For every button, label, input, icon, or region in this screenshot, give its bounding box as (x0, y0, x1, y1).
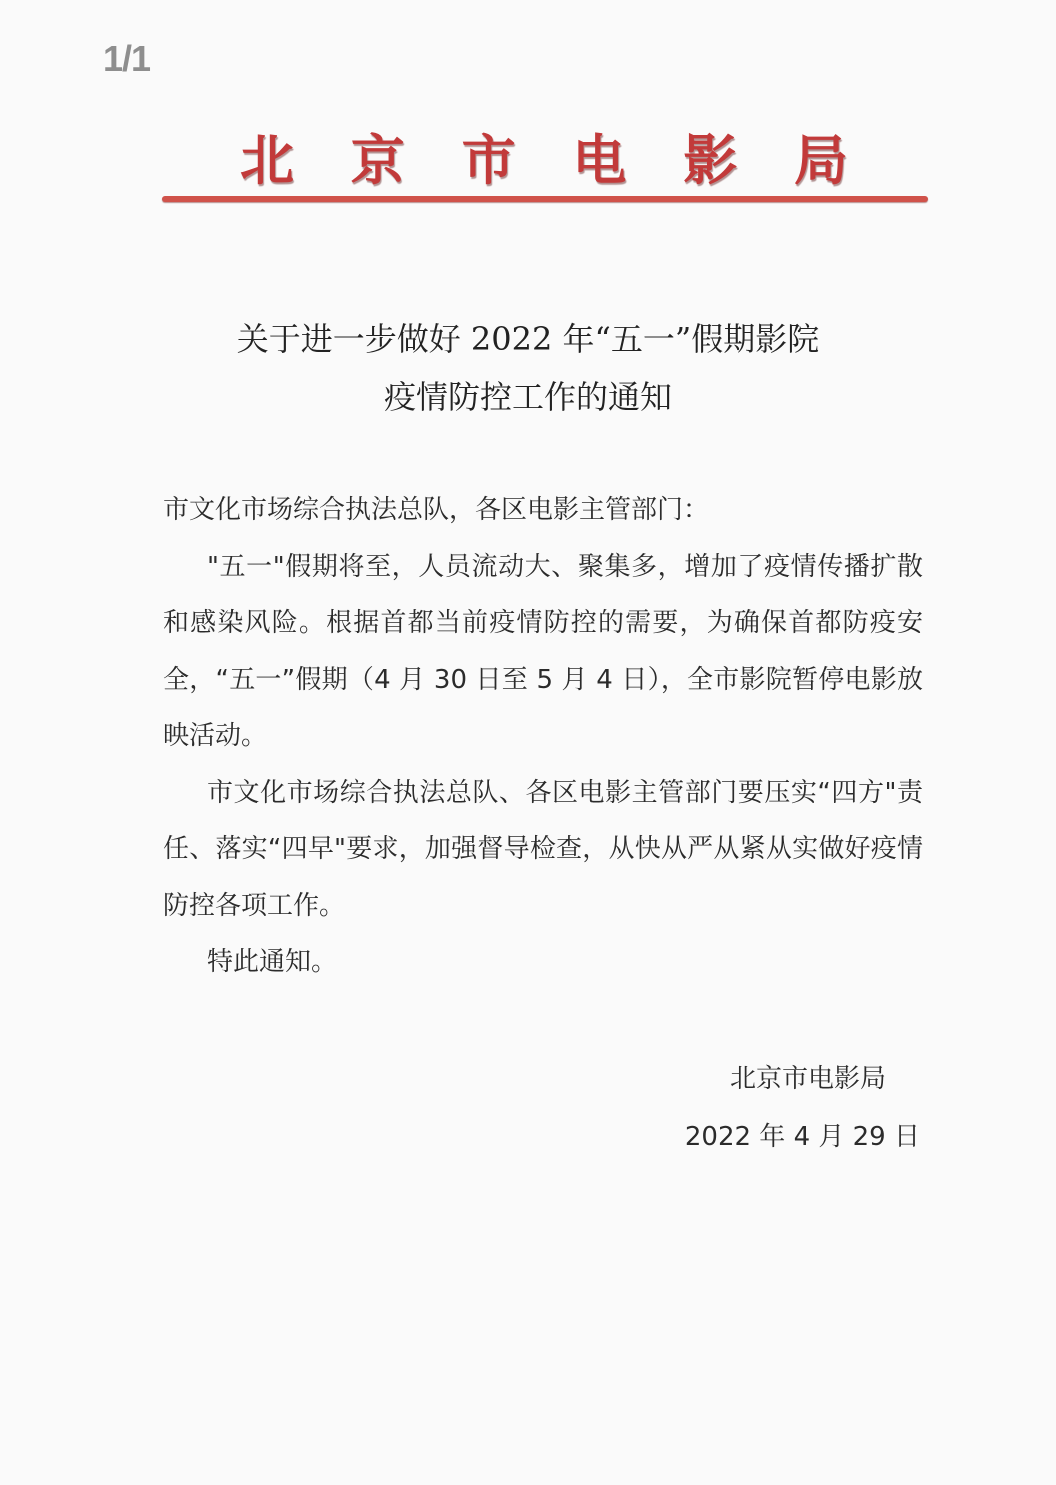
paragraph: 市文化市场综合执法总队、各区电影主管部门要压实“四方"责任、落实“四早"要求，加… (163, 765, 923, 935)
letterhead-char: 影 (683, 130, 737, 190)
document-body: 市文化市场综合执法总队，各区电影主管部门： "五一"假期将至，人员流动大、聚集多… (163, 482, 923, 991)
document-title-line-1: 关于进一步做好 2022 年“五一”假期影院 (0, 310, 1056, 368)
letterhead-red-rule (162, 196, 928, 202)
letterhead-char: 局 (794, 130, 848, 190)
letterhead-char: 北 (240, 130, 294, 190)
letterhead: 北 京 市 电 影 局 (160, 122, 928, 192)
document-title: 关于进一步做好 2022 年“五一”假期影院 疫情防控工作的通知 (0, 310, 1056, 426)
letterhead-char: 市 (462, 130, 516, 190)
page-counter: 1/1 (103, 38, 150, 80)
signature-date: 2022 年 4 月 29 日 (660, 1108, 920, 1166)
letterhead-char: 电 (572, 130, 626, 190)
salutation: 市文化市场综合执法总队，各区电影主管部门： (163, 482, 923, 539)
document-title-line-2: 疫情防控工作的通知 (0, 368, 1056, 426)
letterhead-title: 北 京 市 电 影 局 (160, 130, 928, 190)
letterhead-char: 京 (351, 130, 405, 190)
paragraph: "五一"假期将至，人员流动大、聚集多，增加了疫情传播扩散和感染风险。根据首都当前… (163, 539, 923, 765)
signature-block: 北京市电影局 2022 年 4 月 29 日 (660, 1050, 920, 1166)
closing-paragraph: 特此通知。 (163, 934, 923, 991)
signature-organization: 北京市电影局 (660, 1050, 920, 1108)
